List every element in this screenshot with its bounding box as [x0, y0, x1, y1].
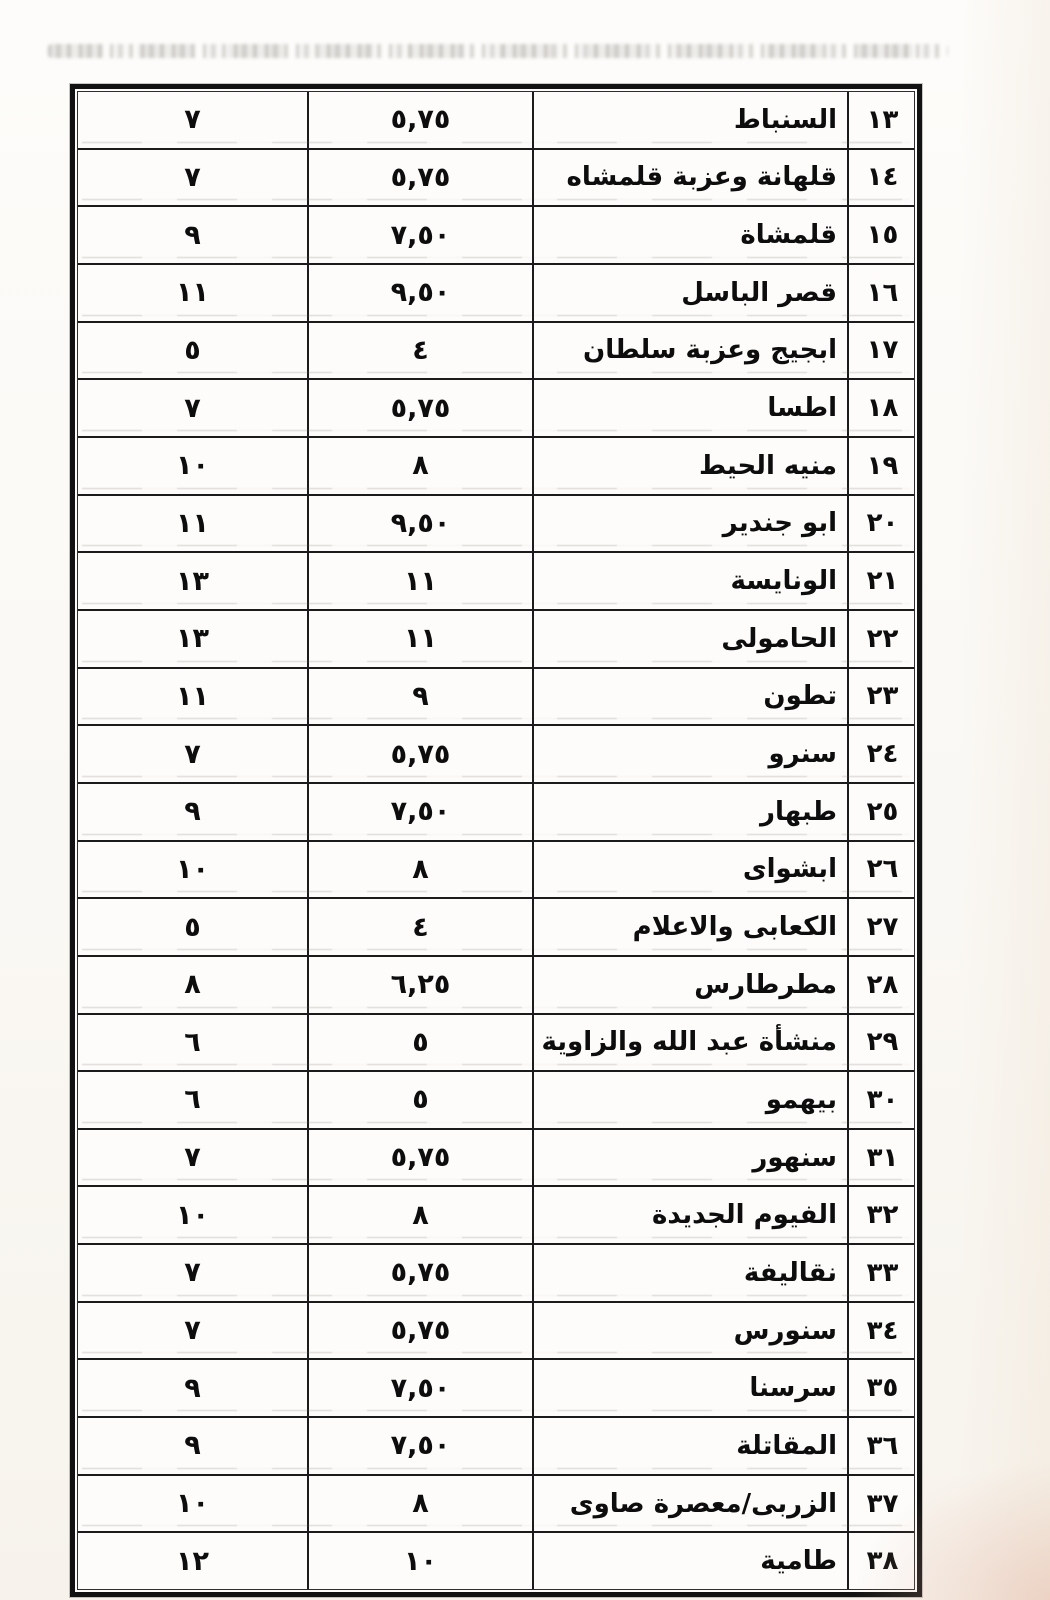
- place-name-cell: اطسا: [532, 380, 847, 436]
- value-1-cell: ٥,٧٥: [307, 92, 532, 148]
- place-name-cell: ابجيج وعزبة سلطان: [532, 323, 847, 379]
- row-number-cell: ٣٨: [847, 1533, 914, 1589]
- table-row: ٢٣ تطون ٩ ١١: [78, 669, 914, 727]
- value-1-cell: ٩,٥٠: [307, 265, 532, 321]
- place-name-cell: الزربى/معصرة صاوى: [532, 1476, 847, 1532]
- row-number-cell: ٢٥: [847, 784, 914, 840]
- value-1-cell: ٨: [307, 438, 532, 494]
- table-row: ٢٠ ابو جندير ٩,٥٠ ١١: [78, 496, 914, 554]
- value-2-cell: ٧: [78, 150, 307, 206]
- place-name-cell: منشأة عبد الله والزاوية: [532, 1015, 847, 1071]
- scan-edge-tint: [960, 0, 1050, 1600]
- place-name-cell: تطون: [532, 669, 847, 725]
- value-1-cell: ١١: [307, 553, 532, 609]
- value-1-cell: ٩,٥٠: [307, 496, 532, 552]
- row-number-cell: ١٧: [847, 323, 914, 379]
- value-1-cell: ٥,٧٥: [307, 1303, 532, 1359]
- value-1-cell: ١٠: [307, 1533, 532, 1589]
- table-row: ١٧ ابجيج وعزبة سلطان ٤ ٥: [78, 323, 914, 381]
- value-1-cell: ٥: [307, 1072, 532, 1128]
- place-name-cell: ابشواى: [532, 842, 847, 898]
- row-number-cell: ٣٥: [847, 1360, 914, 1416]
- value-2-cell: ١١: [78, 496, 307, 552]
- value-1-cell: ٧,٥٠: [307, 1418, 532, 1474]
- place-name-cell: الونايسة: [532, 553, 847, 609]
- value-2-cell: ٧: [78, 1245, 307, 1301]
- place-name-cell: ابو جندير: [532, 496, 847, 552]
- value-2-cell: ١٠: [78, 842, 307, 898]
- place-name-cell: منيه الحيط: [532, 438, 847, 494]
- row-number-cell: ١٤: [847, 150, 914, 206]
- value-2-cell: ١٠: [78, 438, 307, 494]
- table-row: ٢٩ منشأة عبد الله والزاوية ٥ ٦: [78, 1015, 914, 1073]
- table-row: ١٦ قصر الباسل ٩,٥٠ ١١: [78, 265, 914, 323]
- value-1-cell: ٥,٧٥: [307, 150, 532, 206]
- row-number-cell: ٣٦: [847, 1418, 914, 1474]
- place-name-cell: قلهانة وعزبة قلمشاه: [532, 150, 847, 206]
- row-number-cell: ٣٧: [847, 1476, 914, 1532]
- row-number-cell: ٢٣: [847, 669, 914, 725]
- table-row: ٣٨ طامية ١٠ ١٢: [78, 1533, 914, 1589]
- value-1-cell: ٧,٥٠: [307, 1360, 532, 1416]
- value-2-cell: ٧: [78, 726, 307, 782]
- place-name-cell: الحامولى: [532, 611, 847, 667]
- place-name-cell: السنباط: [532, 92, 847, 148]
- value-1-cell: ٨: [307, 1476, 532, 1532]
- value-2-cell: ١١: [78, 265, 307, 321]
- row-number-cell: ٢٢: [847, 611, 914, 667]
- value-1-cell: ٦,٢٥: [307, 957, 532, 1013]
- row-number-cell: ٢١: [847, 553, 914, 609]
- row-number-cell: ٣٠: [847, 1072, 914, 1128]
- value-2-cell: ٨: [78, 957, 307, 1013]
- value-2-cell: ٥: [78, 323, 307, 379]
- value-1-cell: ٥,٧٥: [307, 1245, 532, 1301]
- value-2-cell: ٩: [78, 784, 307, 840]
- table-row: ٢٦ ابشواى ٨ ١٠: [78, 842, 914, 900]
- table-row: ٢٥ طبهار ٧,٥٠ ٩: [78, 784, 914, 842]
- value-1-cell: ٤: [307, 899, 532, 955]
- place-name-cell: سنهور: [532, 1130, 847, 1186]
- table-row: ١٥ قلمشاة ٧,٥٠ ٩: [78, 207, 914, 265]
- row-number-cell: ١٦: [847, 265, 914, 321]
- value-2-cell: ١٠: [78, 1476, 307, 1532]
- table-row: ٣٥ سرسنا ٧,٥٠ ٩: [78, 1360, 914, 1418]
- row-number-cell: ١٣: [847, 92, 914, 148]
- row-number-cell: ٢٠: [847, 496, 914, 552]
- value-2-cell: ١٣: [78, 553, 307, 609]
- value-1-cell: ٥: [307, 1015, 532, 1071]
- place-name-cell: سرسنا: [532, 1360, 847, 1416]
- row-number-cell: ٣١: [847, 1130, 914, 1186]
- table-row: ٣٠ بيهمو ٥ ٦: [78, 1072, 914, 1130]
- place-name-cell: سنورس: [532, 1303, 847, 1359]
- table-row: ٣٧ الزربى/معصرة صاوى ٨ ١٠: [78, 1476, 914, 1534]
- value-2-cell: ٧: [78, 92, 307, 148]
- row-number-cell: ١٩: [847, 438, 914, 494]
- table-row: ٢٧ الكعابى والاعلام ٤ ٥: [78, 899, 914, 957]
- value-2-cell: ٦: [78, 1015, 307, 1071]
- place-name-cell: طبهار: [532, 784, 847, 840]
- table-row: ٣١ سنهور ٥,٧٥ ٧: [78, 1130, 914, 1188]
- row-number-cell: ١٨: [847, 380, 914, 436]
- value-2-cell: ١١: [78, 669, 307, 725]
- table-row: ١٤ قلهانة وعزبة قلمشاه ٥,٧٥ ٧: [78, 150, 914, 208]
- value-1-cell: ٨: [307, 1187, 532, 1243]
- value-2-cell: ٩: [78, 207, 307, 263]
- value-2-cell: ٧: [78, 1130, 307, 1186]
- value-1-cell: ٧,٥٠: [307, 207, 532, 263]
- value-2-cell: ١٣: [78, 611, 307, 667]
- value-2-cell: ٩: [78, 1418, 307, 1474]
- place-name-cell: بيهمو: [532, 1072, 847, 1128]
- place-name-cell: الفيوم الجديدة: [532, 1187, 847, 1243]
- row-number-cell: ١٥: [847, 207, 914, 263]
- row-number-cell: ٣٢: [847, 1187, 914, 1243]
- table-row: ٢١ الونايسة ١١ ١٣: [78, 553, 914, 611]
- value-1-cell: ١١: [307, 611, 532, 667]
- value-2-cell: ٧: [78, 1303, 307, 1359]
- place-name-cell: نقاليفة: [532, 1245, 847, 1301]
- value-1-cell: ٥,٧٥: [307, 726, 532, 782]
- table-body: ١٣ السنباط ٥,٧٥ ٧ ١٤ قلهانة وعزبة قلمشاه…: [77, 91, 915, 1590]
- place-name-cell: مطرطارس: [532, 957, 847, 1013]
- value-1-cell: ٧,٥٠: [307, 784, 532, 840]
- row-number-cell: ٢٩: [847, 1015, 914, 1071]
- table-row: ١٩ منيه الحيط ٨ ١٠: [78, 438, 914, 496]
- scanned-page: ١٣ السنباط ٥,٧٥ ٧ ١٤ قلهانة وعزبة قلمشاه…: [0, 0, 1050, 1600]
- row-number-cell: ٣٤: [847, 1303, 914, 1359]
- value-1-cell: ٩: [307, 669, 532, 725]
- value-2-cell: ٧: [78, 380, 307, 436]
- place-name-cell: سنرو: [532, 726, 847, 782]
- value-2-cell: ٩: [78, 1360, 307, 1416]
- place-name-cell: الكعابى والاعلام: [532, 899, 847, 955]
- row-number-cell: ٢٦: [847, 842, 914, 898]
- bleed-through-text-band: [48, 44, 948, 58]
- row-number-cell: ٢٤: [847, 726, 914, 782]
- place-name-cell: طامية: [532, 1533, 847, 1589]
- row-number-cell: ٢٨: [847, 957, 914, 1013]
- place-name-cell: المقاتلة: [532, 1418, 847, 1474]
- table-row: ٣٢ الفيوم الجديدة ٨ ١٠: [78, 1187, 914, 1245]
- value-1-cell: ٤: [307, 323, 532, 379]
- value-1-cell: ٥,٧٥: [307, 1130, 532, 1186]
- table-row: ١٨ اطسا ٥,٧٥ ٧: [78, 380, 914, 438]
- places-values-table: ١٣ السنباط ٥,٧٥ ٧ ١٤ قلهانة وعزبة قلمشاه…: [70, 84, 922, 1597]
- table-row: ٢٤ سنرو ٥,٧٥ ٧: [78, 726, 914, 784]
- table-row: ٢٢ الحامولى ١١ ١٣: [78, 611, 914, 669]
- table-row: ٣٤ سنورس ٥,٧٥ ٧: [78, 1303, 914, 1361]
- row-number-cell: ٢٧: [847, 899, 914, 955]
- value-2-cell: ٦: [78, 1072, 307, 1128]
- table-row: ٣٣ نقاليفة ٥,٧٥ ٧: [78, 1245, 914, 1303]
- value-2-cell: ١٠: [78, 1187, 307, 1243]
- table-row: ٢٨ مطرطارس ٦,٢٥ ٨: [78, 957, 914, 1015]
- value-1-cell: ٨: [307, 842, 532, 898]
- row-number-cell: ٣٣: [847, 1245, 914, 1301]
- value-2-cell: ٥: [78, 899, 307, 955]
- value-1-cell: ٥,٧٥: [307, 380, 532, 436]
- place-name-cell: قلمشاة: [532, 207, 847, 263]
- value-2-cell: ١٢: [78, 1533, 307, 1589]
- table-row: ١٣ السنباط ٥,٧٥ ٧: [78, 92, 914, 150]
- place-name-cell: قصر الباسل: [532, 265, 847, 321]
- table-row: ٣٦ المقاتلة ٧,٥٠ ٩: [78, 1418, 914, 1476]
